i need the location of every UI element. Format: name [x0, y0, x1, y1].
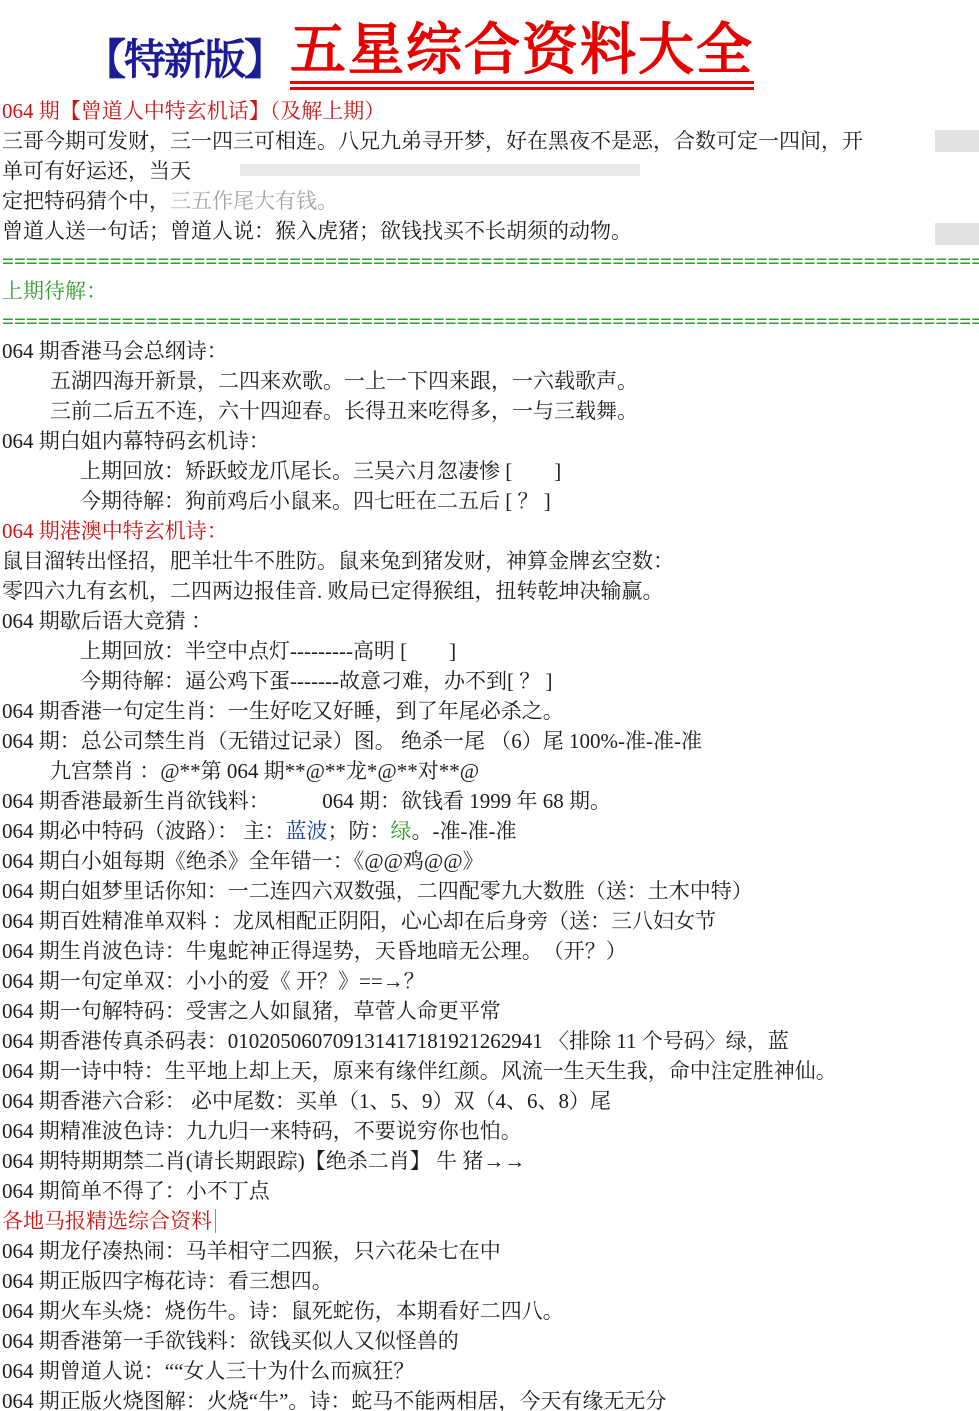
content-line: 064 期香港传真杀码表：010205060709131417181921262…: [2, 1026, 979, 1056]
line-text: 064 期特期期禁二肖(请长期跟踪)【绝杀二肖】 牛 猪→→: [2, 1149, 525, 1173]
edition-badge: 【特新版】: [84, 40, 284, 90]
line-text: 064 期歇后语大竞猜 ：: [2, 609, 212, 633]
line-text: 九宫禁肖 ：@**第 064 期**@**龙*@**对**@: [50, 759, 479, 783]
line-text: 今期待解：逼公鸡下蛋-------故意刁难，办不到[ ？ ]: [80, 669, 552, 693]
line-text: 064 期精准波色诗：九九归一来特码，不要说穷你也怕。: [2, 1119, 522, 1143]
line-text: ========================================…: [2, 249, 979, 273]
line-text: 鼠目溜转出怪招，肥羊壮牛不胜防。鼠来兔到猪发财，神算金牌玄空数：: [2, 549, 674, 573]
line-text: 064 期一句定单双：小小的爱《 开？》==→？: [2, 969, 425, 993]
separator-line: ========================================…: [2, 306, 979, 336]
line-text: 064 期正版火烧图解：火烧“牛”。诗：蛇马不能两相居，今天有缘无无分: [2, 1389, 666, 1411]
content-line: 064 期特期期禁二肖(请长期跟踪)【绝杀二肖】 牛 猪→→: [2, 1146, 979, 1176]
redacted-strip: [240, 164, 640, 176]
redacted-block: [935, 223, 979, 245]
line-text: 064 期白小姐每期《绝杀》全年错一：《@@鸡@@》: [2, 849, 484, 873]
content-line: 064 期港澳中特玄机诗：: [2, 516, 979, 546]
content-line: 064 期白姐内幕特码玄机诗：: [2, 426, 979, 456]
line-text: 064 期香港六合彩： 必中尾数：买单（1、5、9）双（4、6、8）尾: [2, 1089, 611, 1113]
line-text: 064 期【曾道人中特玄机话】（及解上期）: [2, 99, 385, 123]
content-line: 零四六九有玄机，二四两边报佳音. 败局已定得猴组，扭转乾坤决输赢。: [2, 576, 979, 606]
line-text: 064 期必中特码（波路）： 主：: [2, 819, 286, 843]
line-text: 064 期火车头烧：烧伤牛。诗：鼠死蛇伤，本期看好二四八。: [2, 1299, 564, 1323]
content-line: 上期回放：矫跃蛟龙爪尾长。三吴六月忽凄惨 [ ]: [2, 456, 979, 486]
content-line: 064 期一句解特码：受害之人如鼠猪，草菅人命更平常: [2, 996, 979, 1026]
content-line: 三前二后五不连，六十四迎春。长得丑来吃得多，一与三载舞。: [2, 396, 979, 426]
line-text: 064 期龙仔凑热闹：马羊相守二四猴，只六花朵七在中: [2, 1239, 501, 1263]
content-line: 064 期生肖波色诗：牛鬼蛇神正得逞势，天昏地暗无公理。 （开？）: [2, 936, 979, 966]
line-text: 064 期白姐内幕特码玄机诗：: [2, 429, 270, 453]
content-line: 064 期一句定单双：小小的爱《 开？》==→？: [2, 966, 979, 996]
line-text: 064 期香港第一手欲钱料：欲钱买似人又似怪兽的: [2, 1329, 459, 1353]
line-text: 上期待解：: [2, 279, 107, 303]
content-line: 064 期正版四字梅花诗：看三想四。: [2, 1266, 979, 1296]
line-text: 零四六九有玄机，二四两边报佳音. 败局已定得猴组，扭转乾坤决输赢。: [2, 579, 664, 603]
content-line: 064 期一诗中特：生平地上却上天，原来有缘伴红颜。风流一生天生我，命中注定胜神…: [2, 1056, 979, 1086]
content-line: 064 期简单不得了：小不丁点: [2, 1176, 979, 1206]
line-text: 上期回放：半空中点灯---------高明 [ ]: [80, 639, 456, 663]
content-line: 五湖四海开新景，二四来欢歌。一上一下四来跟，一六载歌声。: [2, 366, 979, 396]
content-line: 064 期香港马会总纲诗：: [2, 336, 979, 366]
page-header: 【特新版】 五星综合资料大全: [0, 0, 979, 90]
content-line: 064 期【曾道人中特玄机话】（及解上期）: [2, 96, 979, 126]
content-line: 064 期香港第一手欲钱料：欲钱买似人又似怪兽的: [2, 1326, 979, 1356]
content-line: 九宫禁肖 ：@**第 064 期**@**龙*@**对**@: [2, 756, 979, 786]
line-text: 五湖四海开新景，二四来欢歌。一上一下四来跟，一六载歌声。: [50, 369, 638, 393]
line-text: 三五作尾大有钱。: [170, 189, 338, 213]
line-text: 064 期百姓精准单双料 ：龙凤相配正阴阳，心心却在后身旁（送：三八妇女节: [2, 909, 716, 933]
line-text: 064 期香港传真杀码表：010205060709131417181921262…: [2, 1029, 789, 1053]
content-line: 064 期：总公司禁生肖（无错过记录）图。 绝杀一尾 （6）尾 100%-准-准…: [2, 726, 979, 756]
content-line: 064 期正版火烧图解：火烧“牛”。诗：蛇马不能两相居，今天有缘无无分: [2, 1386, 979, 1411]
content-line: 064 期歇后语大竞猜 ：: [2, 606, 979, 636]
line-text: 064 期香港一句定生肖：一生好吃又好睡，到了年尾必杀之。: [2, 699, 564, 723]
content-line: 三哥今期可发财，三一四三可相连。八兄九弟寻开梦，好在黑夜不是恶，合数可定一四间，…: [2, 126, 979, 156]
content-lines: 064 期【曾道人中特玄机话】（及解上期）三哥今期可发财，三一四三可相连。八兄九…: [0, 90, 979, 1411]
content-line: 064 期曾道人说：““女人三十为什么而疯狂？: [2, 1356, 979, 1386]
content-line: 064 期香港最新生肖欲钱料： 064 期：欲钱看 1999 年 68 期。: [2, 786, 979, 816]
content-line: 064 期白姐梦里话你知：一二连四六双数强，二四配零九大数胜（送：土木中特）: [2, 876, 979, 906]
content-line: 064 期白小姐每期《绝杀》全年错一：《@@鸡@@》: [2, 846, 979, 876]
line-text: 单可有好运还，当天: [2, 159, 191, 183]
content-line: 064 期龙仔凑热闹：马羊相守二四猴，只六花朵七在中: [2, 1236, 979, 1266]
content-line: 今期待解：逼公鸡下蛋-------故意刁难，办不到[ ？ ]: [2, 666, 979, 696]
content-line: 上期待解：: [2, 276, 979, 306]
section-tagline: 各地马报精选综合资料: [2, 1206, 979, 1236]
line-text: 064 期港澳中特玄机诗：: [2, 519, 228, 543]
line-text: 三哥今期可发财，三一四三可相连。八兄九弟寻开梦，好在黑夜不是恶，合数可定一四间，…: [2, 129, 863, 153]
content-line: 上期回放：半空中点灯---------高明 [ ]: [2, 636, 979, 666]
line-text: 上期回放：矫跃蛟龙爪尾长。三吴六月忽凄惨 [ ]: [80, 459, 561, 483]
line-text: 三前二后五不连，六十四迎春。长得丑来吃得多，一与三载舞。: [50, 399, 638, 423]
line-text: 064 期白姐梦里话你知：一二连四六双数强，二四配零九大数胜（送：土木中特）: [2, 879, 753, 903]
line-text: 今期待解：狗前鸡后小鼠来。四七旺在二五后 [ ？ ]: [80, 489, 551, 513]
line-text: 。-准-准-准: [412, 819, 517, 843]
content-line: 曾道人送一句话；曾道人说：猴入虎猪；欲钱找买不长胡须的动物。: [2, 216, 979, 246]
line-text: 064 期生肖波色诗：牛鬼蛇神正得逞势，天昏地暗无公理。 （开？）: [2, 939, 627, 963]
line-text: 064 期香港最新生肖欲钱料： 064 期：欲钱看 1999 年 68 期。: [2, 789, 611, 813]
line-text: 064 期香港马会总纲诗：: [2, 339, 228, 363]
content-line: 064 期香港六合彩： 必中尾数：买单（1、5、9）双（4、6、8）尾: [2, 1086, 979, 1116]
content-line: 064 期百姓精准单双料 ：龙凤相配正阴阳，心心却在后身旁（送：三八妇女节: [2, 906, 979, 936]
content-line: 今期待解：狗前鸡后小鼠来。四七旺在二五后 [ ？ ]: [2, 486, 979, 516]
content-line: 定把特码猜个中，三五作尾大有钱。: [2, 186, 979, 216]
line-text: 绿: [391, 819, 412, 843]
content-line: 064 期必中特码（波路）： 主：蓝波；防：绿。-准-准-准: [2, 816, 979, 846]
content-line: 064 期香港一句定生肖：一生好吃又好睡，到了年尾必杀之。: [2, 696, 979, 726]
line-text: ========================================…: [2, 309, 979, 333]
content-line: 鼠目溜转出怪招，肥羊壮牛不胜防。鼠来兔到猪发财，神算金牌玄空数：: [2, 546, 979, 576]
redacted-block: [935, 130, 979, 152]
line-text: 064 期一诗中特：生平地上却上天，原来有缘伴红颜。风流一生天生我，命中注定胜神…: [2, 1059, 837, 1083]
page-title: 五星综合资料大全: [290, 23, 754, 90]
lottery-info-page: 【特新版】 五星综合资料大全 064 期【曾道人中特玄机话】（及解上期）三哥今期…: [0, 0, 979, 1411]
line-text: 064 期一句解特码：受害之人如鼠猪，草菅人命更平常: [2, 999, 501, 1023]
content-line: 064 期精准波色诗：九九归一来特码，不要说穷你也怕。: [2, 1116, 979, 1146]
line-text: 蓝波: [286, 819, 328, 843]
line-text: 各地马报精选综合资料: [2, 1209, 216, 1233]
separator-line: ========================================…: [2, 246, 979, 276]
line-text: 定把特码猜个中，: [2, 189, 170, 213]
line-text: ；防：: [328, 819, 391, 843]
line-text: 064 期简单不得了：小不丁点: [2, 1179, 270, 1203]
line-text: 064 期正版四字梅花诗：看三想四。: [2, 1269, 333, 1293]
line-text: 064 期：总公司禁生肖（无错过记录）图。 绝杀一尾 （6）尾 100%-准-准…: [2, 729, 702, 753]
line-text: 曾道人送一句话；曾道人说：猴入虎猪；欲钱找买不长胡须的动物。: [2, 219, 632, 243]
line-text: 064 期曾道人说：““女人三十为什么而疯狂？: [2, 1359, 414, 1383]
content-line: 064 期火车头烧：烧伤牛。诗：鼠死蛇伤，本期看好二四八。: [2, 1296, 979, 1326]
